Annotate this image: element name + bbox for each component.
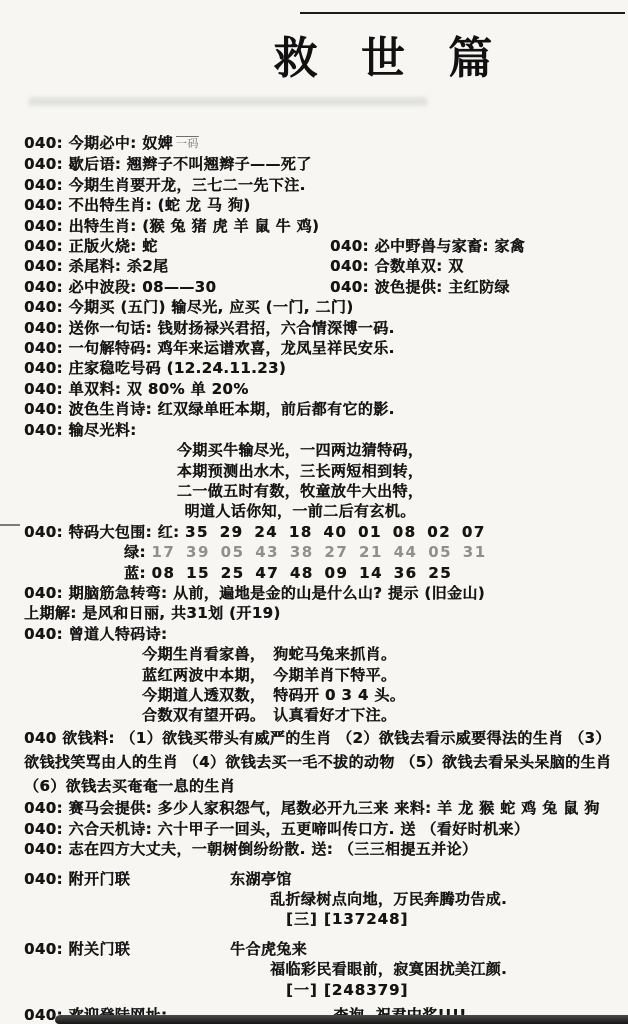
line-odd-even: 040: 单双料: 双 80% 单 20% [24,379,620,399]
green-numbers: 17 39 05 43 38 27 21 44 05 31 [151,543,486,561]
poem-line: 合数双有望开码。 认真看好才下注。 [142,705,620,725]
close-couplet-head: 040: 附关门联牛合虎兔来 [24,939,620,959]
row-tail-sum: 040: 杀尾料: 杀2尾 040: 合数单双: 双 [24,256,620,276]
line-last-issue-answer: 上期解: 是风和日丽, 共31划 (开19) [24,603,620,623]
line-banker-numbers: 040: 庄家稳吃号码 (12.24.11.23) [24,358,620,378]
paragraph-yuqian: 040 欲钱料: （1）欲钱买带头有威严的生肖 （2）欲钱去看示威要得法的生肖 … [24,726,620,799]
close-couplet: 040: 附关门联牛合虎兔来 福临彩民看眼前，寂寞困扰美江颜. [一] [248… [24,939,620,1000]
close-couplet-heading: 牛合虎兔来 [230,940,307,958]
line-jockey-club: 040: 赛马会提供: 多少人家积怨气，尾数必开九三来 来料: 羊 龙 猴 蛇 … [24,798,620,818]
line-bigwrap-green: 绿: 17 39 05 43 38 27 21 44 05 31 [24,542,620,562]
line-brain-teaser: 040: 期脑筋急转弯: 从前，遍地是金的山是什么山? 提示 (旧金山) [24,583,620,603]
line-fire: 040: 正版火烧: 蛇 [24,236,330,256]
must-hit-text: 040: 今期必中: 奴婢 [24,134,173,152]
close-couplet-label: 040: 附关门联 [24,939,230,959]
open-couplet-head: 040: 附开门联东湖亭馆 [24,869,620,889]
line-jie-tema: 040: 一句解特码: 鸡年来运谱欢喜，龙凤呈祥民安乐. [24,338,620,358]
blue-numbers: 08 15 25 47 48 09 14 36 25 [151,564,452,582]
close-couplet-code: [一] [248379] [24,980,620,1000]
open-couplet-heading: 东湖亭馆 [230,870,292,888]
line-five-doors: 040: 今期买 (五门) 输尽光, 应买 (一门, 二门) [24,297,620,317]
poem-line: 明道人话你知，一前二后有玄机。 [24,501,576,521]
must-hit-note: 一码 [176,137,199,150]
row-fire-beast: 040: 正版火烧: 蛇 040: 必中野兽与家畜: 家禽 [24,236,620,256]
line-not-special-zodiac: 040: 不出特生肖: (蛇 龙 马 狗) [24,195,620,215]
line-sum-oddeven: 040: 合数单双: 双 [330,256,620,276]
body-column: 040: 今期必中: 奴婢一码 040: 歇后语: 翘辫子不叫翘辫子——死了 0… [24,133,620,1024]
bottom-scan-bar [55,1015,628,1024]
line-must-hit: 040: 今期必中: 奴婢一码 [24,133,620,154]
top-rule [300,12,625,14]
line-shujinguang-label: 040: 输尽光料: [24,420,620,440]
open-couplet-label: 040: 附开门联 [24,869,230,889]
line-wave-color: 040: 波色提供: 主红防绿 [330,277,620,297]
line-beast: 040: 必中野兽与家畜: 家禽 [330,236,620,256]
line-kill-tail: 040: 杀尾料: 杀2尾 [24,256,330,276]
poem-line: 今期买牛输尽光，一四两边猜特码， [24,440,576,460]
red-label: 红: [158,523,180,541]
line-xiehouyu: 040: 歇后语: 翘辫子不叫翘辫子——死了 [24,154,620,174]
line-wave-zodiac-poem: 040: 波色生肖诗: 红双绿单旺本期，前后都有它的影. [24,399,620,419]
line-bigwrap-red: 040: 特码大包围: 红: 35 29 24 18 40 01 08 02 0… [24,522,620,542]
line-out-special-zodiac: 040: 出特生肖: (猴 兔 猪 虎 羊 鼠 牛 鸡) [24,216,620,236]
bigwrap-label: 040: 特码大包围: [24,523,158,541]
shujinguang-poem: 今期买牛输尽光，一四两边猜特码， 本期预测出水木，三长两短相到转， 二一做五时有… [24,440,620,522]
open-couplet: 040: 附开门联东湖亭馆 乱折绿树点向地，万民奔腾功告成. [三] [1372… [24,869,620,930]
line-bigwrap-blue: 蓝: 08 15 25 47 48 09 14 36 25 [24,563,620,583]
page-title: 救 世 篇 [0,22,628,86]
line-range: 040: 必中波段: 08——30 [24,277,330,297]
line-one-sentence: 040: 送你一句话: 钱财扬禄兴君招，六合情深博一码. [24,318,620,338]
line-zhizai: 040: 志在四方大丈夫，一朝树倒纷纷散. 送: （三三相提五并论） [24,839,620,859]
zengdaoren-poem: 今期生肖看家兽， 狗蛇马兔来抓肖。 蓝红两波中本期， 今期羊肖下特平。 今期道人… [24,644,620,726]
row-range-wave: 040: 必中波段: 08——30 040: 波色提供: 主红防绿 [24,277,620,297]
close-couplet-verse: 福临彩民看眼前，寂寞困扰美江颜. [24,959,620,979]
scan-page: 救 世 篇 040: 今期必中: 奴婢一码 040: 歇后语: 翘辫子不叫翘辫子… [0,0,628,1024]
scan-smudge [28,97,428,106]
poem-line: 蓝红两波中本期， 今期羊肖下特平。 [142,665,620,685]
green-label: 绿: [124,543,146,561]
red-numbers: 35 29 24 18 40 01 08 02 07 [185,523,486,541]
open-couplet-verse: 乱折绿树点向地，万民奔腾功告成. [24,889,620,909]
blue-label: 蓝: [124,564,146,582]
poem-line: 二一做五时有数，牧童放牛大出特， [24,481,576,501]
open-couplet-code: [三] [137248] [24,909,620,929]
poem-line: 本期预测出水木，三长两短相到转， [24,461,576,481]
line-zodiac-open: 040: 今期生肖要开龙，三七二一先下注. [24,175,620,195]
left-edge-dash [0,524,20,526]
line-tianji-poem: 040: 六合天机诗: 六十甲子一回头，五更啼叫传口方. 送 （看好时机来） [24,819,620,839]
poem-line: 今期道人透双数， 特码开 0 3 4 头。 [142,685,620,705]
poem-line: 今期生肖看家兽， 狗蛇马兔来抓肖。 [142,644,620,664]
line-zengdaoren-label: 040: 曾道人特码诗: [24,624,620,644]
